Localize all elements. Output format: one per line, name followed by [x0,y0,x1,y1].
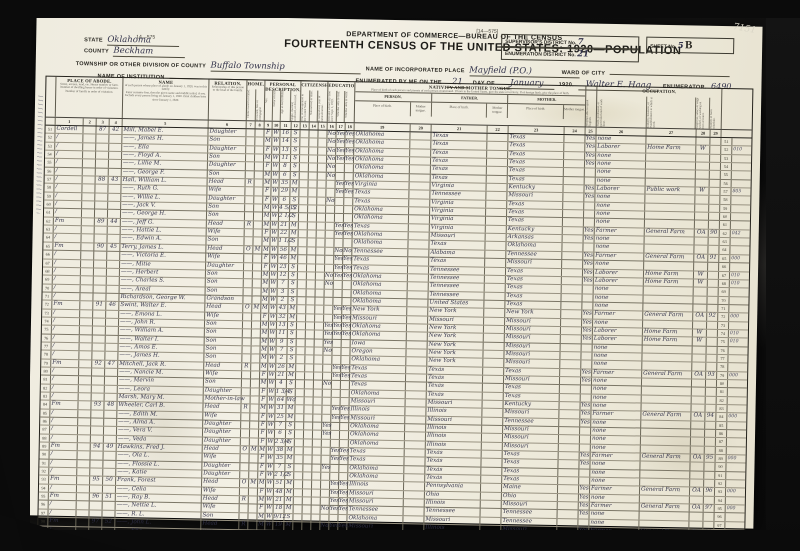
cell-mt [249,488,258,496]
cell-n2: 67 [719,271,730,279]
cell-ms: M [287,372,296,380]
cell-fs: 92 [707,313,718,321]
cell-n: 92 [39,468,49,476]
cell-c3 [316,281,325,289]
cell-c1 [298,264,307,272]
cell-fs [705,405,716,413]
cell-c3 [317,214,326,222]
cell-mb: Maine [502,484,558,492]
cell-c2 [304,447,313,455]
cell-dw: 90 [94,243,107,251]
cell-ms: S [288,297,297,305]
cell-cr: W [270,247,278,254]
cell-fs: 96 [704,488,715,496]
cell-n: 51 [45,126,55,134]
cell-st: / [55,176,83,184]
cell-n2: 66 [719,263,730,271]
cell-cr: W [272,130,280,137]
cell-em [693,346,707,354]
cell-dw: 95 [90,477,103,485]
cell-ft [482,417,503,425]
cell-nm: ——, Nettie L. [116,502,202,511]
cell-mtg [564,168,585,176]
cell-mt [248,513,257,521]
cell-mg [732,163,748,171]
column-number: 23 [509,126,565,134]
cell-tn: O [243,304,252,312]
cell-fam [103,469,116,477]
cell-rl: Son [206,287,244,295]
cell-n2: 64 [719,246,730,254]
cell-hf [83,151,96,159]
cell-nm: ——, Edwin A. [120,235,206,244]
cell-nm: ——, Edith M. [117,411,203,420]
cell-cr: W [268,380,276,387]
cell-ag: 23 [278,263,289,271]
cell-dw: 92 [92,360,105,368]
cell-c3 [313,423,322,431]
cell-tn [245,204,254,212]
cell-dw [93,318,106,326]
cell-s [324,314,333,322]
cell-w [343,290,352,298]
cell-mt [248,522,257,530]
cell-mtg [560,377,581,385]
cell-fs [704,496,715,504]
cell-fam [103,452,116,460]
cell-c2 [303,489,312,497]
cell-tn [240,505,249,513]
cell-c1 [300,180,309,188]
cell-n: 97 [38,509,48,517]
cell-en: Yes [584,186,595,194]
cell-ft [486,217,507,225]
cell-fb: Ohio [425,491,481,499]
cell-hf [81,285,94,293]
cell-oc: none [593,319,643,327]
cell-c3 [313,448,322,456]
cell-fs: 97 [704,505,715,513]
cell-en [580,427,591,435]
cell-r: Yes [330,498,339,506]
cell-ms: M [284,522,293,530]
cell-mg [731,213,747,221]
cell-mb: Texas [508,134,564,142]
cell-fam [107,252,120,260]
cell-n2: 54 [721,163,732,171]
cell-mg [730,288,746,296]
cell-pb: Missouri [349,415,405,423]
cell-dw [91,427,104,435]
cell-en [579,469,590,477]
cell-w: Yes [345,131,354,139]
cell-cr: W [267,438,275,445]
cell-in [646,178,696,186]
cell-cr: W [266,497,274,504]
cell-pt [404,508,425,516]
cell-em: OA [694,254,708,262]
cell-mb: Kentucky [507,184,563,192]
cell-fam: 47 [105,360,118,368]
cell-r [330,473,339,481]
cell-c2 [309,147,318,155]
cell-ms: S [288,322,297,330]
column-number: 26 [597,128,647,136]
cell-mt: M [250,446,259,454]
cell-rl: Daughter [208,129,246,137]
cell-mb: Missouri [507,192,563,200]
cell-s: No [326,197,335,205]
cell-oc: none [594,244,644,252]
cell-ms: S [289,239,298,247]
cell-ft [487,159,508,167]
cell-st: / [49,501,77,509]
cell-fs [708,288,719,296]
cell-n2: 91 [715,472,726,480]
cell-st: / [48,510,76,518]
cell-pt [405,433,426,441]
cell-fb: New York [428,325,484,333]
cell-mt [255,179,264,187]
cell-mb: Texas [508,167,564,175]
cell-s [322,414,331,422]
cell-en [581,386,592,394]
cell-fam [106,327,119,335]
cell-st: / [50,418,78,426]
cell-em [695,204,709,212]
cell-cr: W [269,297,277,304]
cell-r [331,423,340,431]
cell-mb: Texas [502,476,558,484]
cell-em [690,496,704,504]
cell-c1 [297,339,306,347]
cell-c2 [307,272,316,280]
cell-c1 [296,355,305,363]
cell-s [322,406,331,414]
cell-c1 [295,406,304,414]
cell-cr: W [268,372,276,379]
cell-tn [244,238,253,246]
header-mother: MOTHER. [508,95,585,104]
cell-tn: R [245,221,254,229]
cell-fam [105,385,118,393]
cell-mt [254,205,263,213]
cell-pt [405,441,426,449]
cell-st: / [53,268,81,276]
enumeration-district-box: ENUMERATION DISTRICT No. 21 [501,46,639,63]
cell-c1 [295,414,304,422]
cell-c2 [309,180,318,188]
cell-s [326,231,335,239]
cell-oc: Farmer [594,252,644,260]
cell-mb: Texas [508,151,564,159]
cell-fam: 52 [102,519,115,527]
cell-mt [249,455,258,463]
cell-n: 86 [40,418,50,426]
cell-fb: Illinois [425,500,481,508]
cell-w: Yes [339,490,348,498]
cell-tn [242,396,251,404]
column-number: 29 [711,130,722,137]
table-rows: 51Cordell8742Mill, Mabel E.DaughterFW16S… [38,126,752,551]
cell-pt [410,149,431,157]
cell-in [641,429,691,437]
cell-en: Yes [585,144,596,152]
cell-fs [705,438,716,446]
cell-w [338,515,347,523]
cell-rl: Grandson [205,295,243,303]
cell-mtg [563,202,584,210]
cell-c3 [318,131,327,139]
cell-ag: 56 [278,247,289,255]
cell-mtg [561,310,582,318]
cell-rl: Son [208,170,246,178]
cell-fs [709,204,720,212]
cell-hf [81,243,94,251]
cell-en: Yes [584,227,595,235]
cell-ms: S [287,347,296,355]
cell-in [643,303,693,311]
cell-hf [82,226,95,234]
cell-mg: 000 [726,505,742,513]
cell-pb: Iowa [351,340,407,348]
cell-mb: Texas [505,293,561,301]
cell-s [323,398,332,406]
cell-mtg [558,510,579,518]
cell-r: Yes [332,373,341,381]
cell-mt [252,313,261,321]
cell-n2: 93 [715,488,726,496]
cell-pb: Oklahoma [350,356,406,364]
cell-fb: Texas [431,133,487,141]
cell-cr: W [266,505,274,512]
cell-st: / [54,184,82,192]
cell-fs [703,513,714,521]
cell-rl: Son [204,345,242,353]
cell-pt [404,458,425,466]
cell-c1 [293,514,302,522]
cell-fs [706,396,717,404]
cell-r: Yes [335,189,344,197]
cell-c3 [318,147,327,155]
cell-tn [244,263,253,271]
cell-st: / [53,284,81,292]
cell-n2: 55 [721,171,732,179]
cell-c1 [299,197,308,205]
cell-w: Yes [342,306,351,314]
cell-fam [106,294,119,302]
cell-fs [709,213,720,221]
cell-mtg [563,185,584,193]
cell-fam [107,277,120,285]
cell-sx: M [262,288,270,295]
cell-tn [240,471,249,479]
cell-cr: W [269,313,277,320]
cell-nm: ——, Floyd A. [122,152,208,161]
cell-mg [728,363,744,371]
cell-tn [245,196,254,204]
cell-oc: none [592,353,642,361]
cell-nm: ——, Lillie M. [122,160,208,169]
cell-pb: Missouri [351,315,407,323]
cell-rl: Wife [207,229,245,237]
cell-mg [729,297,745,305]
cell-mb: Tennessee [501,518,557,526]
cell-hf [80,326,93,334]
cell-rl: Daughter [208,145,246,153]
cell-en: Yes [579,503,590,511]
cell-oc: none [595,194,645,202]
cell-nm: ——, Katie [116,469,202,478]
cell-ft [485,284,506,292]
cell-mt: M [249,480,258,488]
cell-in: General Farm [640,504,690,512]
cell-cr: W [268,388,276,395]
cell-n2: 94 [715,497,726,505]
cell-mg: 000 [728,372,744,380]
cell-ag: 2 [277,297,288,305]
cell-sx: F [260,372,268,379]
cell-c1 [297,322,306,330]
cell-rl: Head [208,179,246,187]
cell-s [323,389,332,397]
cell-r [334,289,343,297]
cell-nm: ——, Ruth G. [121,185,207,194]
cell-mt [253,288,262,296]
cell-c2 [306,322,315,330]
cell-en: Yes [583,261,594,269]
cell-c1 [295,422,304,430]
cell-cr: W [269,338,277,345]
cell-em: OA [693,313,707,321]
cell-mb: Texas [503,451,559,459]
cell-pb: Oklahoma [348,473,404,481]
cell-rl: Son [206,279,244,287]
cell-c3 [318,139,327,147]
cell-tn [246,163,255,171]
cell-sx: F [259,430,267,437]
cell-in [645,212,695,220]
cell-sx: M [263,221,271,228]
cell-n2: 79 [717,372,728,380]
cell-n2: 92 [715,480,726,488]
cell-pt [409,191,430,199]
cell-ft [481,459,502,467]
cell-tn [246,154,255,162]
cell-hf [77,468,90,476]
cell-oc: Farmer [592,369,642,377]
cell-mg: 000 [730,255,746,263]
cell-fs: 94 [705,413,716,421]
cell-n2: 88 [716,447,727,455]
cell-fs [709,188,720,196]
cell-mg: 000 [727,455,743,463]
cell-fb: Missouri [424,516,480,524]
cell-em [694,263,708,271]
cell-fs [710,163,721,171]
cell-in [646,137,696,145]
cell-em: OA [691,413,705,421]
cell-rl: Head [202,496,240,504]
cell-nm: Hall, William L. [122,177,208,186]
cell-in [640,470,690,478]
cell-pb: Tennessee [352,248,408,256]
cell-dw [94,277,107,285]
cell-c1 [296,381,305,389]
cell-mb: Texas [508,176,564,184]
cell-oc: none [591,444,641,452]
cell-fb: Texas [425,475,481,483]
cell-n2: 51 [721,138,732,146]
cell-oc: none [590,469,640,477]
cell-st: / [55,134,83,142]
cell-c2 [308,205,317,213]
cell-dw [92,368,105,376]
cell-mb: Missouri [505,343,561,351]
cell-cr: W [268,397,276,404]
cell-n2: 73 [718,321,729,329]
cell-cr: W [271,221,279,228]
cell-tn: R [246,179,255,187]
cell-in: General Farm [645,228,695,236]
cell-c2 [302,523,311,531]
header-person: PERSON. [355,93,432,102]
cell-in [645,203,695,211]
column-number: 17 [337,123,346,130]
cell-c1 [296,397,305,405]
cell-fs [704,471,715,479]
cell-em [691,438,705,446]
cell-in [642,395,692,403]
column-subheader: Whether able to speak English. [586,95,597,126]
cell-c1 [297,330,306,338]
cell-oc: none [592,394,642,402]
cell-n2: 85 [716,422,727,430]
cell-tn: O [240,480,249,488]
cell-nm: Marsh, Mary M. [118,394,204,403]
cell-s: No [327,164,336,172]
cell-cr: W [268,347,276,354]
cell-r: Yes [334,273,343,281]
cell-nm: Swint, Walter E. [119,302,205,311]
cell-em [694,246,708,254]
cell-pb: Texas [353,198,409,206]
cell-r: Yes [333,331,342,339]
cell-mt [251,371,260,379]
column-subheader: If naturalized, year of naturalization. [318,91,327,122]
cell-ag: 11 [280,155,291,163]
cell-dw [92,377,105,385]
cell-r: Yes [330,481,339,489]
cell-in [644,287,694,295]
cell-n: 63 [44,226,54,234]
cell-oc: none [590,478,640,486]
cell-ag: 38 [275,447,286,455]
cell-n: 70 [43,284,53,292]
cell-ft [481,492,502,500]
cell-em: W [693,329,707,337]
cell-pb: Oklahoma [347,515,403,523]
cell-em: W [695,188,709,196]
cell-c2 [303,464,312,472]
cell-tn [241,421,250,429]
cell-c2 [303,481,312,489]
cell-em [693,321,707,329]
cell-ft [485,242,506,250]
cell-pt [407,307,428,315]
cell-cr: W [270,238,278,245]
cell-n: 61 [44,209,54,217]
